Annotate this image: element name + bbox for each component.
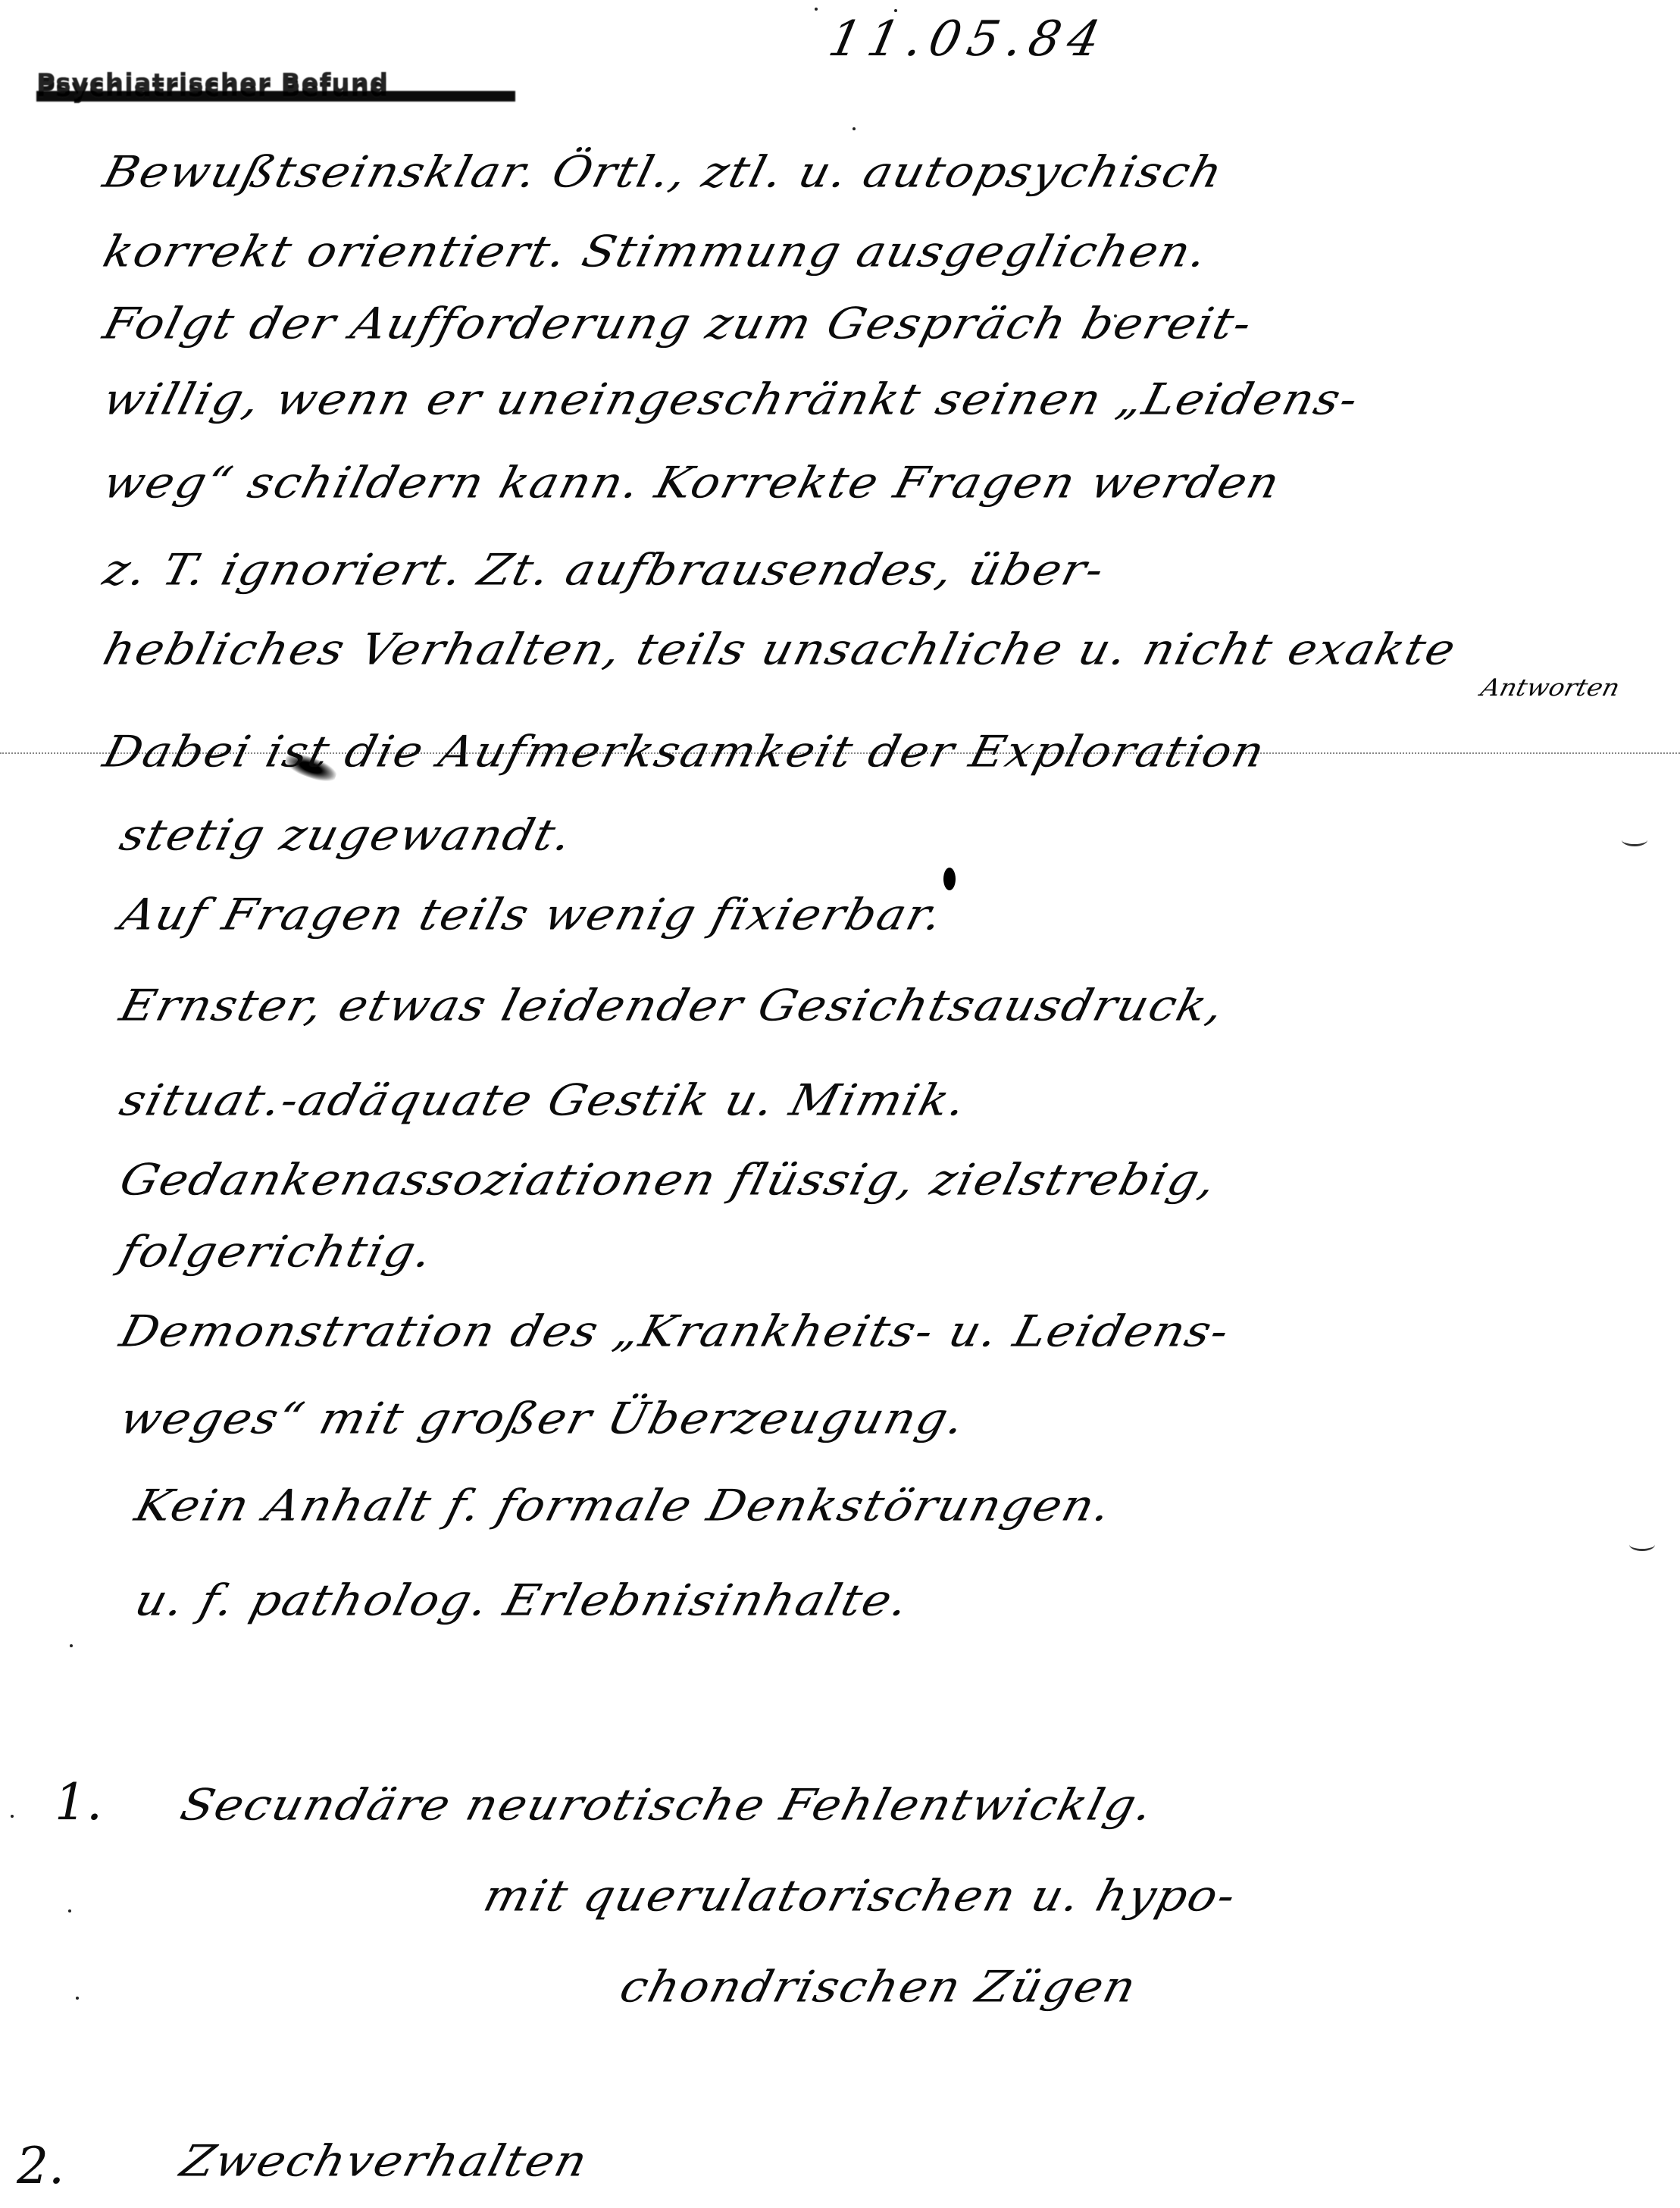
text-line-11: Ernster, etwas leidender Gesichtsausdruc…	[115, 980, 1231, 1031]
text-line-9: stetig zugewandt.	[115, 809, 579, 860]
diagnosis-1-line-3: chondrischen Zügen	[615, 1961, 1143, 2012]
scan-speck	[11, 1815, 14, 1818]
text-line-3: Folgt der Aufforderung zum Gespräch bere…	[99, 298, 1259, 349]
text-line-5: weg“ schildern kann. Korrekte Fragen wer…	[99, 457, 1286, 508]
text-line-17: Kein Anhalt f. formale Denkstörungen.	[130, 1480, 1118, 1531]
diagnosis-2-number: 2.	[17, 2137, 64, 2195]
diagnosis-2-line-1: Zwechverhalten	[176, 2135, 594, 2186]
text-line-1: Bewußtseinsklar. Örtl., ztl. u. autopsyc…	[99, 146, 1229, 197]
diagnosis-1-number: 1.	[55, 1773, 102, 1831]
text-line-12: situat.-adäquate Gestik u. Mimik.	[115, 1074, 973, 1125]
margin-annotation: Antworten	[1478, 674, 1622, 702]
header-stamp: Psychiatrischer Befund	[36, 67, 515, 100]
scan-speck	[894, 9, 897, 12]
scan-speck	[76, 1997, 79, 2000]
text-line-6: z. T. ignoriert. Zt. aufbrausendes, über…	[99, 544, 1111, 595]
text-line-13: Gedankenassoziationen flüssig, zielstreb…	[115, 1154, 1223, 1205]
text-line-15: Demonstration des „Krankheits- u. Leiden…	[115, 1306, 1236, 1356]
scan-speck	[815, 8, 818, 11]
scan-speck	[853, 127, 856, 130]
diagnosis-1-line-2: mit querulatorischen u. hypo-	[479, 1870, 1242, 1921]
text-line-4: willig, wenn er uneingeschränkt seinen „…	[99, 374, 1365, 424]
scan-speck	[68, 1909, 71, 1912]
diagnosis-1-line-1: Secundäre neurotische Fehlentwicklg.	[176, 1779, 1159, 1830]
ink-blot	[943, 868, 956, 890]
margin-mark	[1622, 833, 1647, 846]
text-line-7: hebliches Verhalten, teils unsachliche u…	[99, 624, 1463, 674]
scan-speck	[1114, 314, 1117, 317]
text-line-8: Dabei ist die Aufmerksamkeit der Explora…	[99, 726, 1272, 777]
scan-speck	[70, 1644, 73, 1647]
document-date: 11.05.84	[824, 11, 1112, 67]
scanned-document-page: Psychiatrischer Befund 11.05.84 Bewußtse…	[0, 0, 1680, 2208]
text-line-2: korrekt orientiert. Stimmung ausgegliche…	[99, 226, 1214, 277]
text-line-10: Auf Fragen teils wenig fixierbar.	[115, 889, 949, 940]
margin-mark	[1629, 1538, 1655, 1551]
text-line-16: weges“ mit großer Überzeugung.	[115, 1393, 971, 1443]
text-line-18: u. f. patholog. Erlebnisinhalte.	[130, 1575, 915, 1625]
text-line-14: folgerichtig.	[115, 1226, 439, 1277]
